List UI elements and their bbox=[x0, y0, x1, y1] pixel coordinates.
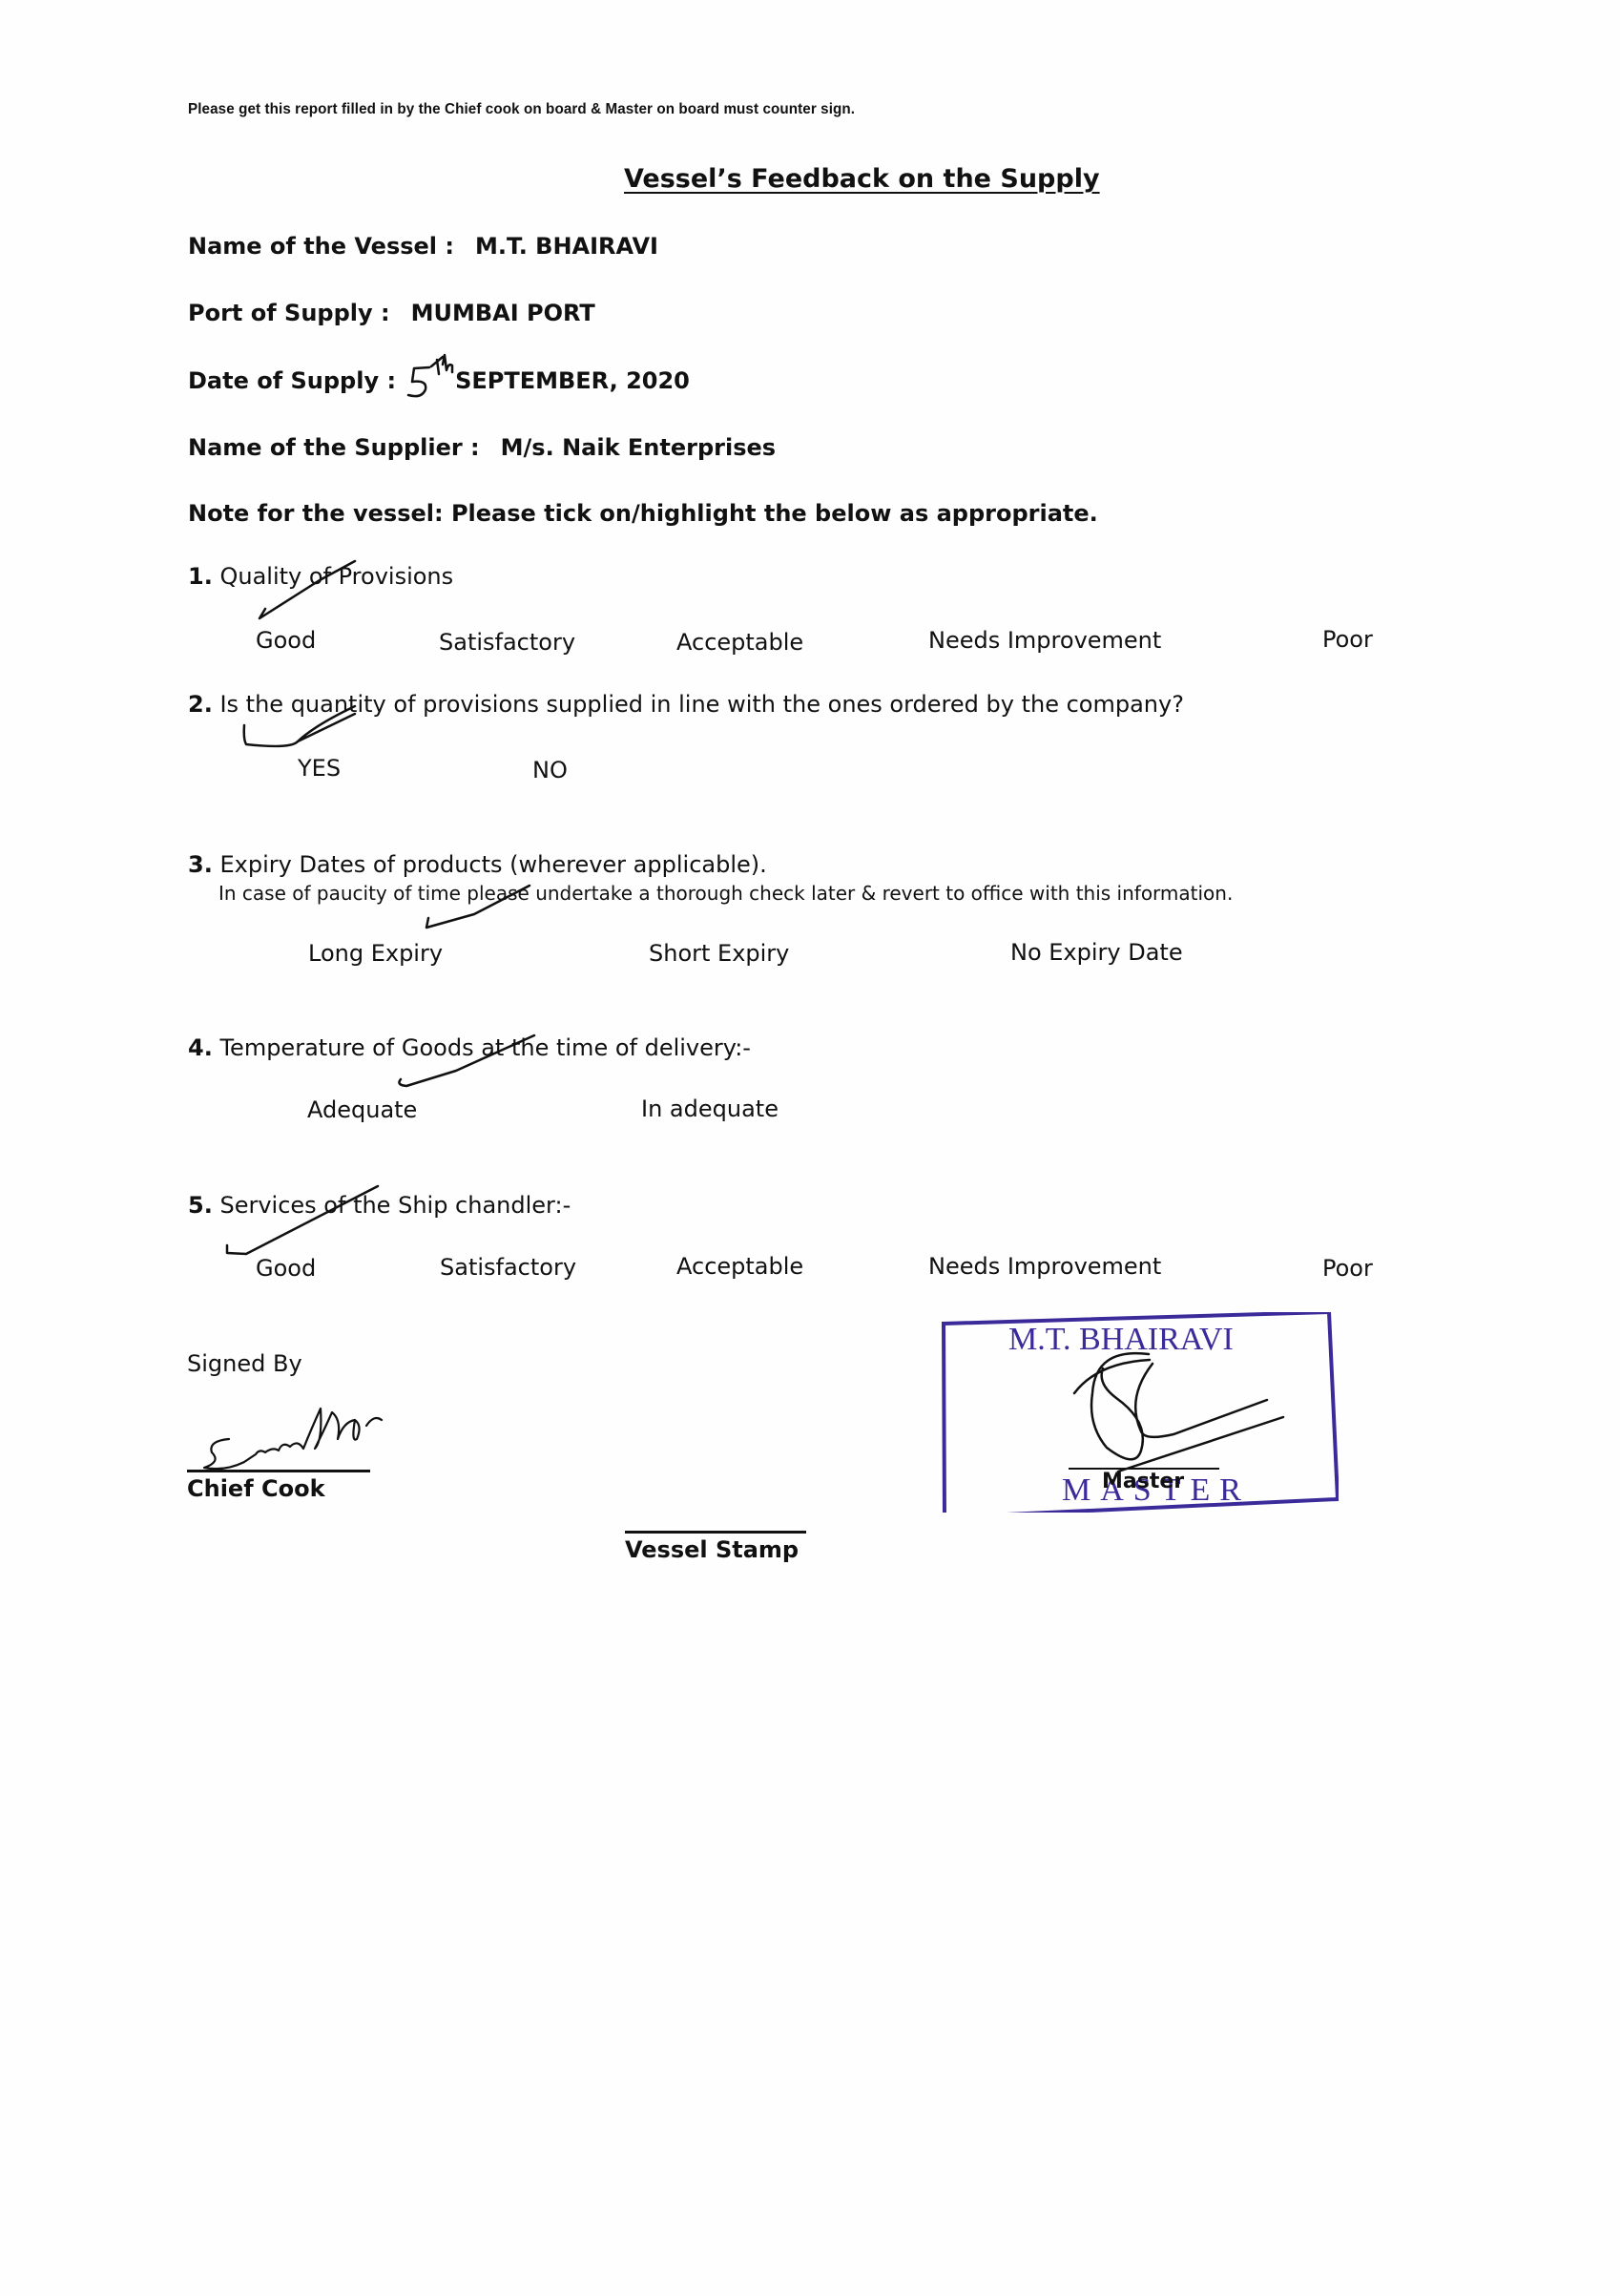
date-value: SEPTEMBER, 2020 bbox=[455, 367, 690, 394]
supplier-field: Name of the Supplier :M/s. Naik Enterpri… bbox=[188, 434, 776, 461]
port-label: Port of Supply : bbox=[188, 300, 390, 326]
master-label: Master bbox=[1102, 1470, 1184, 1493]
q5-option-good[interactable]: Good bbox=[256, 1255, 316, 1282]
q2-option-no[interactable]: NO bbox=[532, 757, 568, 783]
q5-option-satisfactory[interactable]: Satisfactory bbox=[440, 1254, 576, 1281]
supplier-value: M/s. Naik Enterprises bbox=[501, 434, 776, 461]
handwritten-marks bbox=[0, 0, 1620, 2296]
vessel-stamp: M.T. BHAIRAVI MASTER Master bbox=[938, 1312, 1339, 1513]
port-value: MUMBAI PORT bbox=[411, 300, 595, 326]
vessel-name-label: Name of the Vessel : bbox=[188, 233, 454, 260]
q4-option-adequate[interactable]: Adequate bbox=[307, 1096, 417, 1123]
q4-option-inadequate[interactable]: In adequate bbox=[641, 1096, 779, 1122]
vessel-name-field: Name of the Vessel :M.T. BHAIRAVI bbox=[188, 233, 658, 260]
q2-option-yes[interactable]: YES bbox=[298, 755, 341, 782]
q1-option-good[interactable]: Good bbox=[256, 627, 316, 654]
q5-option-needs-improvement[interactable]: Needs Improvement bbox=[928, 1253, 1161, 1280]
chief-cook-label: Chief Cook bbox=[187, 1475, 325, 1502]
chief-cook-signature bbox=[204, 1409, 382, 1469]
note-text: Note for the vessel: Please tick on/high… bbox=[188, 500, 1098, 527]
q1-option-needs-improvement[interactable]: Needs Improvement bbox=[928, 627, 1161, 654]
q3-option-no-expiry-date[interactable]: No Expiry Date bbox=[1010, 939, 1183, 966]
vessel-stamp-line bbox=[625, 1531, 806, 1534]
q3-option-short-expiry[interactable]: Short Expiry bbox=[649, 940, 789, 967]
chief-cook-signature-line bbox=[187, 1470, 370, 1472]
question-3: 3. Expiry Dates of products (wherever ap… bbox=[188, 851, 767, 878]
question-5: 5. Services of the Ship chandler:- bbox=[188, 1192, 571, 1219]
date-label: Date of Supply : bbox=[188, 367, 396, 394]
q5-option-poor[interactable]: Poor bbox=[1322, 1255, 1373, 1282]
vessel-name-value: M.T. BHAIRAVI bbox=[475, 233, 658, 260]
vessel-stamp-label: Vessel Stamp bbox=[625, 1536, 799, 1563]
question-1: 1. Quality of Provisions bbox=[188, 563, 453, 590]
signed-by-label: Signed By bbox=[187, 1350, 302, 1377]
q1-option-acceptable[interactable]: Acceptable bbox=[676, 629, 803, 656]
q1-option-satisfactory[interactable]: Satisfactory bbox=[439, 629, 575, 656]
supplier-label: Name of the Supplier : bbox=[188, 434, 480, 461]
question-2: 2. Is the quantity of provisions supplie… bbox=[188, 691, 1184, 718]
q3-option-long-expiry[interactable]: Long Expiry bbox=[308, 940, 443, 967]
question-4: 4. Temperature of Goods at the time of d… bbox=[188, 1034, 751, 1061]
question-3-subtext: In case of paucity of time please undert… bbox=[218, 882, 1233, 905]
instruction-text: Please get this report filled in by the … bbox=[188, 101, 855, 118]
q1-option-poor[interactable]: Poor bbox=[1322, 626, 1373, 653]
stamp-vessel-name: M.T. BHAIRAVI bbox=[1008, 1322, 1234, 1358]
page-title: Vessel’s Feedback on the Supply bbox=[624, 164, 1100, 194]
date-field: Date of Supply :SEPTEMBER, 2020 bbox=[188, 367, 690, 394]
feedback-form-page: Please get this report filled in by the … bbox=[0, 0, 1620, 2296]
port-field: Port of Supply :MUMBAI PORT bbox=[188, 300, 595, 326]
q5-option-acceptable[interactable]: Acceptable bbox=[676, 1253, 803, 1280]
